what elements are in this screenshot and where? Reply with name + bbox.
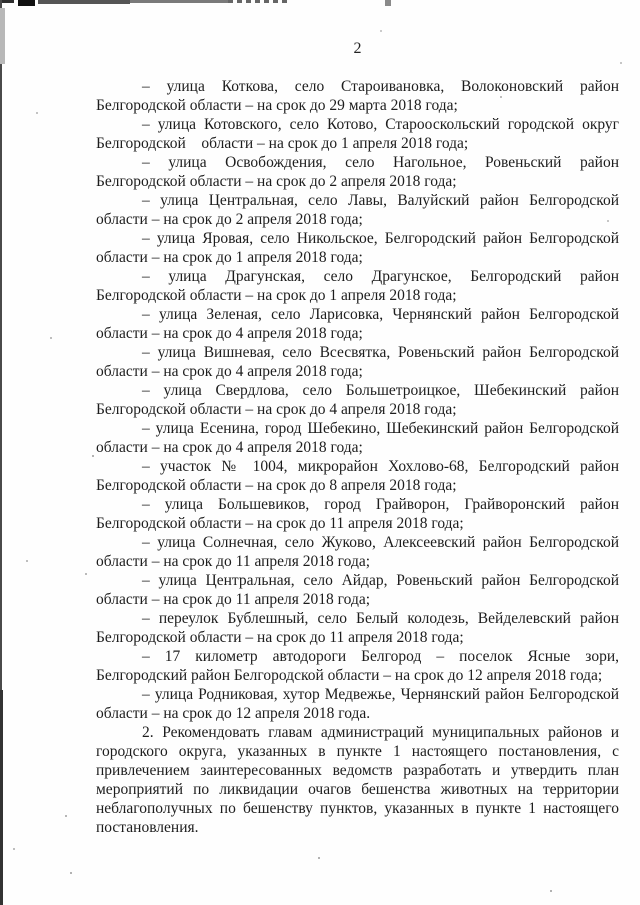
paragraph: – улица Родниковая, хутор Медвежье, Черн…	[96, 685, 619, 723]
scan-noise-specks	[0, 0, 2, 2]
paragraph: – 17 километр автодороги Белгород – посе…	[96, 647, 619, 685]
scan-mark	[38, 0, 130, 4]
paragraph: – улица Свердлова, село Большетроицкое, …	[96, 381, 619, 419]
paragraph: – улица Есенина, город Шебекино, Шебекин…	[96, 419, 619, 457]
page-number: 2	[96, 40, 619, 58]
scan-artifact-top-bar	[0, 0, 640, 8]
scan-mark	[385, 0, 391, 6]
paragraph: – улица Коткова, село Староивановка, Вол…	[96, 77, 619, 115]
paragraph: – улица Драгунская, село Драгунское, Бел…	[96, 267, 619, 305]
scan-mark	[18, 0, 35, 6]
paragraph: – участок № 1004, микрорайон Хохлово-68,…	[96, 457, 619, 495]
paragraph: – улица Центральная, село Лавы, Валуйски…	[96, 191, 619, 229]
scan-mark	[130, 0, 228, 3]
paragraph: – улица Котовского, село Котово, Староос…	[96, 115, 619, 153]
document-page: 2 – улица Коткова, село Староивановка, В…	[0, 0, 640, 905]
paragraph: – улица Центральная, село Айдар, Ровеньс…	[96, 571, 619, 609]
paragraph: – улица Большевиков, город Грайворон, Гр…	[96, 495, 619, 533]
paragraph: 2. Рекомендовать главам администраций му…	[96, 723, 619, 837]
paragraph: – улица Яровая, село Никольское, Белгоро…	[96, 229, 619, 267]
paragraph: – улица Солнечная, село Жуково, Алексеев…	[96, 533, 619, 571]
scan-artifact-left-edge-light	[0, 8, 5, 64]
paragraph: – улица Вишневая, село Всесвятка, Ровень…	[96, 343, 619, 381]
paragraph: – улица Зеленая, село Ларисовка, Чернянс…	[96, 305, 619, 343]
scan-mark-dashes	[228, 0, 290, 3]
document-body: – улица Коткова, село Староивановка, Вол…	[96, 77, 619, 837]
paragraph: – переулок Бублешный, село Белый колодез…	[96, 609, 619, 647]
scan-mark	[0, 0, 14, 3]
paragraph: – улица Освобождения, село Нагольное, Ро…	[96, 153, 619, 191]
scan-artifact-left-edge-dark	[0, 690, 3, 905]
